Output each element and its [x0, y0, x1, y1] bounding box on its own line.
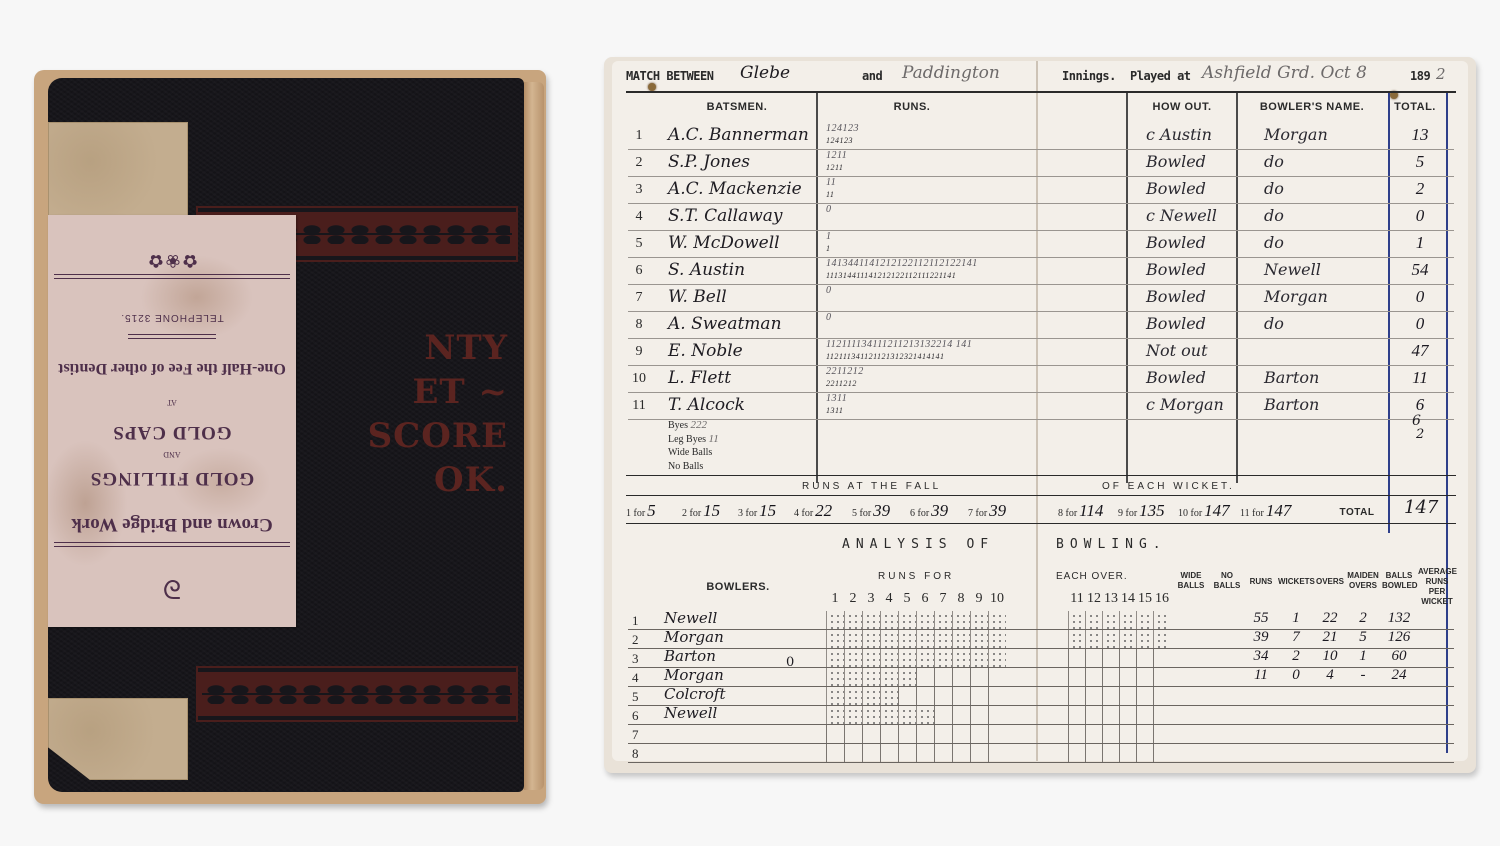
- fall-of-wicket-cell: 10 for147: [1178, 501, 1230, 521]
- col-bowler-name: BOWLER'S NAME.: [1242, 101, 1382, 113]
- bowling-wickets: 0: [1278, 667, 1314, 684]
- fall-of-wicket-cell: 1 for5: [626, 501, 656, 521]
- batsman-name: L. Flett: [668, 368, 731, 388]
- over-cell: [1102, 649, 1119, 667]
- extras-rule: [626, 475, 1456, 476]
- over-cell: [898, 668, 916, 686]
- over-cell: [1102, 630, 1119, 648]
- venue-date: Ashfield Grd. Oct 8: [1202, 63, 1367, 83]
- over-cell: [970, 687, 988, 705]
- col-maiden-overs: MAIDEN OVERS: [1346, 571, 1380, 591]
- cover-title-line: NTY: [308, 326, 508, 370]
- dismissal-bowler: do: [1264, 233, 1284, 252]
- extras-wide-balls: Wide Balls: [668, 447, 712, 458]
- over-cell: [844, 649, 862, 667]
- how-out: c Morgan: [1146, 395, 1224, 414]
- total-label: TOTAL: [1332, 507, 1382, 518]
- over-cell: [880, 630, 898, 648]
- fall-rule-bottom: [626, 523, 1456, 524]
- over-cell: [1102, 725, 1119, 743]
- fall-of-wicket-cell: 5 for39: [852, 501, 890, 521]
- over-cell: [826, 668, 844, 686]
- bowler-order: 5: [632, 689, 639, 705]
- over-cell: [826, 611, 844, 629]
- over-cell: [1136, 687, 1153, 705]
- batsman-total: 47: [1400, 341, 1440, 361]
- analysis-title-left: ANALYSIS OF: [842, 537, 994, 552]
- over-cell: [988, 649, 1006, 667]
- over-cell: [1085, 611, 1102, 629]
- batting-order: 6: [632, 263, 646, 279]
- over-cell: [1068, 706, 1085, 724]
- batting-order: 4: [632, 209, 646, 225]
- over-cell: [916, 611, 934, 629]
- over-number: 16: [1153, 591, 1171, 607]
- fall-of-wicket-cell: 3 for15: [738, 501, 776, 521]
- over-cell: [1119, 611, 1136, 629]
- over-cell: [1119, 649, 1136, 667]
- over-cell: [934, 687, 952, 705]
- bowling-runs: 34: [1246, 648, 1276, 665]
- over-number: 8: [952, 591, 970, 607]
- runs-tally-ink: 1: [826, 231, 832, 242]
- over-cell: [862, 630, 880, 648]
- bowling-wickets: 7: [1278, 629, 1314, 646]
- runs-tally-pencil: 1311: [826, 406, 843, 415]
- dismissal-bowler: Barton: [1264, 395, 1319, 414]
- card-rule: [54, 274, 290, 279]
- flower-ornament-icon: ✿❀✿: [48, 250, 296, 271]
- runs-tally-ink: 2211212: [826, 366, 864, 377]
- over-cell: [880, 611, 898, 629]
- batting-row: 9E. Noble112111134111211213132214 141112…: [628, 339, 1454, 366]
- over-cell: [916, 630, 934, 648]
- over-cell: [1153, 744, 1170, 762]
- batsman-name: A. Sweatman: [668, 314, 782, 334]
- bowling-analysis-grid: BOWLERS. RUNS FOR EACH OVER. 12345678910…: [628, 571, 1454, 761]
- batsman-name: W. McDowell: [668, 233, 780, 253]
- over-cell: [916, 744, 934, 762]
- batting-order: 10: [632, 371, 646, 387]
- over-cell: [952, 611, 970, 629]
- bowler-name: Colcroft: [664, 685, 726, 703]
- over-cell: [880, 668, 898, 686]
- col-overs: OVERS: [1316, 577, 1344, 587]
- card-gold-fillings: GOLD FILLINGS: [48, 467, 296, 489]
- over-cell: [970, 744, 988, 762]
- over-cell: [862, 744, 880, 762]
- over-cell: [916, 687, 934, 705]
- over-cell: [1068, 725, 1085, 743]
- how-out: Bowled: [1146, 260, 1206, 279]
- runs-tally-ink: 11: [826, 177, 836, 188]
- dismissal-bowler: Morgan: [1264, 125, 1328, 144]
- runs-tally-pencil: 124123: [826, 136, 853, 145]
- card-gold-caps: GOLD CAPS: [48, 421, 296, 443]
- over-cell: [916, 649, 934, 667]
- col-balls-bowled: BALLS BOWLED: [1382, 571, 1416, 591]
- over-cell: [970, 611, 988, 629]
- over-cell: [934, 649, 952, 667]
- how-out: Not out: [1146, 341, 1208, 360]
- open-scorebook: MATCH BETWEEN Glebe and Paddington Innin…: [604, 57, 1476, 773]
- batting-row: 4S.T. Callaway0c Newelldo0: [628, 204, 1454, 231]
- over-cell: [1085, 649, 1102, 667]
- how-out: Bowled: [1146, 152, 1206, 171]
- leg-byes-total: 2: [1416, 427, 1424, 442]
- how-out: c Newell: [1146, 206, 1217, 225]
- over-cell: [1153, 649, 1170, 667]
- batsman-total: 11: [1400, 368, 1440, 388]
- batting-order: 7: [632, 290, 646, 306]
- over-cell: [1102, 611, 1119, 629]
- fall-of-wicket-cell: 4 for22: [794, 501, 832, 521]
- col-each-over: EACH OVER.: [1056, 571, 1128, 582]
- match-between-label: MATCH BETWEEN: [626, 69, 713, 83]
- over-cell: [844, 744, 862, 762]
- batting-row: 7W. Bell0BowledMorgan0: [628, 285, 1454, 312]
- batsman-name: S.T. Callaway: [668, 206, 783, 226]
- batting-order: 8: [632, 317, 646, 333]
- bowler-name: Barton: [664, 647, 716, 665]
- batsman-total: 0: [1400, 206, 1440, 226]
- year-written: 2: [1436, 65, 1446, 83]
- batsman-name: S. Austin: [668, 260, 745, 280]
- over-cell: [862, 725, 880, 743]
- how-out: Bowled: [1146, 314, 1206, 333]
- cover-title-line: OK.: [308, 458, 508, 502]
- batsman-total: 2: [1400, 179, 1440, 199]
- col-average: AVERAGE RUNS PER WICKET: [1418, 567, 1456, 607]
- over-cell: [1085, 668, 1102, 686]
- card-rule: [128, 334, 216, 339]
- cover-title-line: SCORE: [308, 414, 508, 458]
- batsman-total: 6: [1400, 395, 1440, 415]
- innings-total: 147: [1404, 497, 1438, 518]
- fall-of-wicket-cell: 6 for39: [910, 501, 948, 521]
- runs-tally-ink: 1211: [826, 150, 847, 161]
- cover-title-line: ET ~: [308, 370, 508, 414]
- over-cell: [988, 668, 1006, 686]
- runs-tally-pencil: 111314411141212122112111221141: [826, 271, 956, 280]
- over-cell: [952, 706, 970, 724]
- runs-tally-pencil: 2211212: [826, 379, 857, 388]
- over-cell: [988, 630, 1006, 648]
- over-cell: [916, 725, 934, 743]
- over-number: 13: [1102, 591, 1120, 607]
- dismissal-bowler: do: [1264, 152, 1284, 171]
- fall-of-wicket-cell: 9 for135: [1118, 501, 1165, 521]
- batting-order: 2: [632, 155, 646, 171]
- scroll-ornament-icon: ᘐ: [48, 572, 296, 603]
- bowling-overs: 10: [1316, 648, 1344, 665]
- over-cell: [934, 611, 952, 629]
- over-cell: [880, 744, 898, 762]
- over-cell: [1102, 668, 1119, 686]
- batsman-total: 5: [1400, 152, 1440, 172]
- batsman-total: 0: [1400, 287, 1440, 307]
- over-cell: [1119, 706, 1136, 724]
- batsman-name: S.P. Jones: [668, 152, 750, 172]
- how-out: Bowled: [1146, 368, 1206, 387]
- over-cell: [1119, 744, 1136, 762]
- over-cell: [862, 706, 880, 724]
- over-cell: [1102, 706, 1119, 724]
- over-cell: [844, 668, 862, 686]
- bowling-balls: 24: [1382, 667, 1416, 684]
- batting-row: 1A.C. Bannerman124123124123c AustinMorga…: [628, 123, 1454, 150]
- runs-tally-pencil: 11: [826, 190, 834, 199]
- over-cell: [1136, 611, 1153, 629]
- batting-row: 8A. Sweatman0Bowleddo0: [628, 312, 1454, 339]
- team1-name: Glebe: [740, 63, 790, 83]
- over-cell: [1153, 668, 1170, 686]
- card-crown-bridge: Crown and Bridge Work: [48, 513, 296, 535]
- fall-of-wicket-cell: 11 for147: [1240, 501, 1291, 521]
- over-cell: [952, 649, 970, 667]
- over-cell: [1119, 725, 1136, 743]
- over-cell: [952, 630, 970, 648]
- over-cell: [1068, 668, 1085, 686]
- pin-hole-icon: [648, 83, 656, 91]
- bowling-row: 1Newell551222132: [628, 611, 1454, 630]
- col-wickets: WICKETS: [1278, 577, 1314, 587]
- innings-label: Innings.: [1062, 69, 1116, 83]
- bowling-runs: 55: [1246, 610, 1276, 627]
- bowler-name: Morgan: [664, 628, 724, 646]
- batting-order: 1: [632, 128, 646, 144]
- card-telephone: TELEPHONE 3215.: [48, 312, 296, 323]
- fall-of-wicket-cell: 7 for39: [968, 501, 1006, 521]
- over-cell: [952, 725, 970, 743]
- batting-row: 3A.C. Mackenzie1111Bowleddo2: [628, 177, 1454, 204]
- over-cell: [898, 687, 916, 705]
- over-cell: [1136, 744, 1153, 762]
- bowling-maidens: 1: [1346, 648, 1380, 665]
- runs-tally-ink: 0: [826, 312, 832, 323]
- over-cell: [862, 687, 880, 705]
- over-cell: [880, 687, 898, 705]
- over-cell: [970, 706, 988, 724]
- bowling-runs: 11: [1246, 667, 1276, 684]
- bowling-wickets: 2: [1278, 648, 1314, 665]
- over-number: 15: [1136, 591, 1154, 607]
- played-at-label: Played at: [1130, 69, 1191, 83]
- over-cell: [898, 649, 916, 667]
- and-label: and: [862, 69, 882, 83]
- col-runs: RUNS.: [852, 101, 972, 113]
- dismissal-bowler: do: [1264, 206, 1284, 225]
- over-cell: [898, 725, 916, 743]
- bowler-name: Newell: [664, 609, 717, 627]
- fall-of-wicket-cell: 8 for114: [1058, 501, 1103, 521]
- over-cell: [952, 687, 970, 705]
- over-cell: [1136, 649, 1153, 667]
- year-printed: 189: [1410, 69, 1430, 83]
- over-cell: [970, 649, 988, 667]
- runs-tally-ink: 1311: [826, 393, 847, 404]
- over-cell: [916, 668, 934, 686]
- over-cell: [1136, 630, 1153, 648]
- over-number: 3: [862, 591, 880, 607]
- over-cell: [1068, 649, 1085, 667]
- runs-tally-ink: 112111134111211213132214 141: [826, 339, 972, 350]
- card-and: AND: [48, 450, 296, 459]
- over-cell: [826, 649, 844, 667]
- over-cell: [1153, 687, 1170, 705]
- how-out: c Austin: [1146, 125, 1212, 144]
- batting-order: 9: [632, 344, 646, 360]
- batting-row: 6S. Austin141344114121212211211212214111…: [628, 258, 1454, 285]
- how-out: Bowled: [1146, 287, 1206, 306]
- bowling-wickets: 1: [1278, 610, 1314, 627]
- bowler-order: 8: [632, 746, 639, 762]
- over-number: 4: [880, 591, 898, 607]
- over-cell: [826, 706, 844, 724]
- bowling-row: 4Morgan1104-24: [628, 668, 1454, 687]
- dismissal-bowler: Barton: [1264, 368, 1319, 387]
- over-cell: [1119, 687, 1136, 705]
- bowling-row: 2Morgan397215126: [628, 630, 1454, 649]
- fall-rule: [626, 495, 1456, 496]
- over-cell: [988, 744, 1006, 762]
- batsman-total: 0: [1400, 314, 1440, 334]
- batsman-name: E. Noble: [668, 341, 743, 361]
- dismissal-bowler: do: [1264, 179, 1284, 198]
- over-cell: [934, 706, 952, 724]
- card-text-upside-down: ᘐ Crown and Bridge Work GOLD FILLINGS AN…: [48, 215, 296, 627]
- bowling-overs: 4: [1316, 667, 1344, 684]
- card-fee-line: One-Half the Fee of other Dentist: [48, 359, 296, 377]
- over-cell: [1136, 706, 1153, 724]
- bowling-maidens: 5: [1346, 629, 1380, 646]
- over-cell: [1153, 706, 1170, 724]
- over-cell: [844, 611, 862, 629]
- over-number: 2: [844, 591, 862, 607]
- page-edges: [524, 82, 544, 790]
- analysis-title-right: BOWLING.: [1056, 537, 1167, 552]
- col-how-out: HOW OUT.: [1132, 101, 1232, 113]
- fall-of-wicket-cell: 2 for15: [682, 501, 720, 521]
- over-cell: [826, 744, 844, 762]
- batting-row: 5W. McDowell11Bowleddo1: [628, 231, 1454, 258]
- batsman-name: A.C. Mackenzie: [668, 179, 802, 199]
- over-cell: [880, 706, 898, 724]
- over-cell: [988, 725, 1006, 743]
- bowling-balls: 60: [1382, 648, 1416, 665]
- over-cell: [844, 706, 862, 724]
- bowler-order: 1: [632, 613, 639, 629]
- bowler-order: 3: [632, 651, 639, 667]
- batsman-total: 13: [1400, 125, 1440, 145]
- bowling-row: 3Barton34210160: [628, 649, 1454, 668]
- batsman-total: 1: [1400, 233, 1440, 253]
- over-cell: [1136, 725, 1153, 743]
- col-bowlers: BOWLERS.: [688, 581, 788, 593]
- over-cell: [826, 725, 844, 743]
- over-number: 1: [826, 591, 844, 607]
- batsman-total: 54: [1400, 260, 1440, 280]
- card-at: AT: [48, 398, 296, 407]
- bowling-margin-note: 0: [786, 655, 794, 670]
- over-number: 6: [916, 591, 934, 607]
- over-cell: [1085, 744, 1102, 762]
- bowler-order: 7: [632, 727, 639, 743]
- batting-row: 11T. Alcock13111311c MorganBarton6: [628, 393, 1454, 420]
- dismissal-bowler: Newell: [1264, 260, 1321, 279]
- batting-row: 10L. Flett22112122211212BowledBarton11: [628, 366, 1454, 393]
- over-number: 10: [988, 591, 1006, 607]
- over-cell: [934, 744, 952, 762]
- bowling-balls: 126: [1382, 629, 1416, 646]
- batsman-name: W. Bell: [668, 287, 727, 307]
- runs-tally-pencil: 112111341121121312321414141: [826, 352, 945, 361]
- dismissal-bowler: do: [1264, 314, 1284, 333]
- over-cell: [1153, 611, 1170, 629]
- runs-tally-ink: 1413441141212122112112122141: [826, 258, 978, 269]
- how-out: Bowled: [1146, 233, 1206, 252]
- ornamental-border-bottom: [198, 668, 516, 720]
- extras-no-balls: No Balls: [668, 461, 703, 472]
- bowling-overs: 21: [1316, 629, 1344, 646]
- over-number: 7: [934, 591, 952, 607]
- over-cell: [1153, 630, 1170, 648]
- over-number: 14: [1119, 591, 1137, 607]
- over-cell: [952, 744, 970, 762]
- over-cell: [844, 687, 862, 705]
- over-cell: [934, 668, 952, 686]
- bowler-order: 2: [632, 632, 639, 648]
- team2-name: Paddington: [902, 63, 1000, 83]
- col-wide-balls: WIDE BALLS: [1174, 571, 1208, 591]
- over-cell: [970, 725, 988, 743]
- extras-leg-byes: Leg Byes 11: [668, 433, 719, 445]
- col-batsmen: BATSMEN.: [672, 101, 802, 113]
- over-cell: [1068, 611, 1085, 629]
- over-cell: [844, 725, 862, 743]
- over-cell: [826, 687, 844, 705]
- over-cell: [970, 630, 988, 648]
- batting-order: 11: [632, 398, 646, 414]
- over-cell: [898, 630, 916, 648]
- over-cell: [880, 725, 898, 743]
- over-cell: [898, 706, 916, 724]
- how-out: Bowled: [1146, 179, 1206, 198]
- batsman-name: A.C. Bannerman: [668, 125, 809, 145]
- runs-tally-pencil: 1: [826, 244, 831, 253]
- col-runs: RUNS: [1246, 577, 1276, 587]
- over-cell: [952, 668, 970, 686]
- over-cell: [1068, 687, 1085, 705]
- over-number: 12: [1085, 591, 1103, 607]
- cover-title: NTY ET ~ SCORE OK.: [308, 326, 508, 502]
- bowling-balls: 132: [1382, 610, 1416, 627]
- bowling-row: 8: [628, 744, 1454, 763]
- batsman-name: T. Alcock: [668, 395, 745, 415]
- over-cell: [934, 725, 952, 743]
- over-cell: [934, 630, 952, 648]
- col-no-balls: NO BALLS: [1210, 571, 1244, 591]
- bowler-name: Morgan: [664, 666, 724, 684]
- over-cell: [970, 668, 988, 686]
- over-number: 11: [1068, 591, 1086, 607]
- runs-tally-ink: 0: [826, 204, 832, 215]
- batting-row: 2S.P. Jones12111211Bowleddo5: [628, 150, 1454, 177]
- batting-order: 3: [632, 182, 646, 198]
- scoresheet: MATCH BETWEEN Glebe and Paddington Innin…: [612, 61, 1468, 761]
- runs-tally-ink: 0: [826, 285, 832, 296]
- over-cell: [1085, 630, 1102, 648]
